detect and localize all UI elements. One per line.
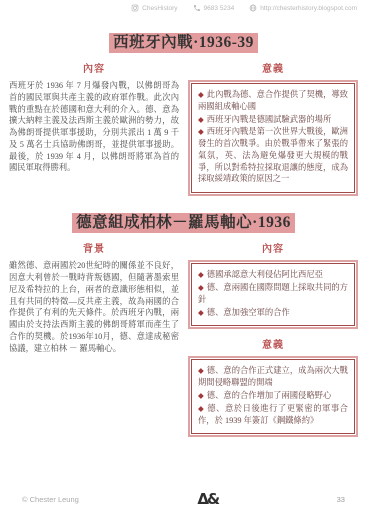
website-url: http://chesterhistory.blogspot.com xyxy=(260,5,357,12)
document-page: 西班牙內戰·1936-39 內容 西班牙於 1936 年 7 月爆發內戰，以佛朗… xyxy=(0,0,367,437)
bullet-text: 西班牙內戰是第一次世界大戰後，歐洲發生的首次戰爭。由於戰爭帶來了緊張的氣氛，英、… xyxy=(198,127,348,183)
page-footer: © Chester Leung Δ& 33 xyxy=(0,490,367,508)
background-heading: 背景 xyxy=(9,240,179,255)
content-column: 內容 西班牙於 1936 年 7 月爆發內戰，以佛朗哥為首的國民軍與共產主義的政… xyxy=(9,57,179,174)
bullet-text: 德、意兩國在國際問題上採取共同的方針 xyxy=(198,283,348,304)
brand-logo-icon: Δ& xyxy=(197,490,218,508)
background-column: 背景 雖然德、意兩國於20世紀時的關係並不良好，因意大利曾於一戰時背叛德國，但隨… xyxy=(9,237,179,354)
content-paragraph: 西班牙於 1936 年 7 月爆發內戰，以佛朗哥為首的國民軍與共產主義的政府軍作… xyxy=(9,80,179,174)
diamond-bullet-icon: ◆ xyxy=(198,127,204,136)
bullet-text: 德、意於日後進行了更緊密的軍事合作，於 1939 年簽訂《鋼鐵條約》 xyxy=(198,404,348,425)
bullet-text: 德國承認意大利侵佔阿比西尼亞 xyxy=(207,270,323,279)
meaning-bullet: ◆此內戰為德、意合作提供了契機，導致兩國組成軸心國 xyxy=(198,89,348,113)
content-box: ◆德國承認意大利侵佔阿比西尼亞 ◆德、意兩國在國際問題上採取共同的方針 ◆德、意… xyxy=(188,260,358,329)
meaning-heading: 意義 xyxy=(188,336,358,351)
meaning-bullet: ◆德、意於日後進行了更緊密的軍事合作，於 1939 年簽訂《鋼鐵條約》 xyxy=(198,403,348,427)
section-title-highlight: 德意組成柏林－羅馬軸心·1936 xyxy=(72,213,295,233)
content-bullet: ◆德、意加強空軍的合作 xyxy=(198,307,348,319)
diamond-bullet-icon: ◆ xyxy=(198,404,204,413)
copyright-text: © Chester Leung xyxy=(22,495,79,504)
content-heading: 內容 xyxy=(9,60,179,75)
content-bullet: ◆德國承認意大利侵佔阿比西尼亞 xyxy=(198,269,348,281)
diamond-bullet-icon: ◆ xyxy=(198,391,204,400)
meaning-box: ◆此內戰為德、意合作提供了契機，導致兩國組成軸心國 ◆西班牙內戰是德國試驗武器的… xyxy=(188,80,358,196)
diamond-bullet-icon: ◆ xyxy=(198,283,204,292)
bullet-text: 德、意的合作正式建立，成為兩次大戰期間侵略聯盟的開端 xyxy=(198,366,348,387)
page-number: 33 xyxy=(337,495,345,504)
bullet-text: 西班牙內戰是德國試驗武器的場所 xyxy=(207,115,331,124)
phone-contact: 9683 5234 xyxy=(193,4,235,12)
globe-icon xyxy=(249,4,257,12)
diamond-bullet-icon: ◆ xyxy=(198,90,204,99)
meaning-heading: 意義 xyxy=(188,60,358,75)
instagram-contact: ChesHistory xyxy=(131,4,177,12)
section-spanish-civil-war: 西班牙內戰·1936-39 內容 西班牙於 1936 年 7 月爆發內戰，以佛朗… xyxy=(9,30,358,196)
instagram-handle: ChesHistory xyxy=(142,5,177,12)
diamond-bullet-icon: ◆ xyxy=(198,115,204,124)
diamond-bullet-icon: ◆ xyxy=(198,366,204,375)
diamond-bullet-icon: ◆ xyxy=(198,270,204,279)
section-berlin-rome-axis: 德意組成柏林－羅馬軸心·1936 背景 雖然德、意兩國於20世紀時的關係並不良好… xyxy=(9,210,358,437)
section-title-highlight: 西班牙內戰·1936-39 xyxy=(109,33,258,53)
meaning-bullet: ◆德、意的合作正式建立，成為兩次大戰期間侵略聯盟的開端 xyxy=(198,365,348,389)
diamond-bullet-icon: ◆ xyxy=(198,308,204,317)
bullet-text: 德、意加強空軍的合作 xyxy=(207,308,290,317)
meaning-box: ◆德、意的合作正式建立，成為兩次大戰期間侵略聯盟的開端 ◆德、意的合作增加了兩國… xyxy=(188,356,358,437)
meaning-column: 意義 ◆此內戰為德、意合作提供了契機，導致兩國組成軸心國 ◆西班牙內戰是德國試驗… xyxy=(188,57,358,196)
phone-number: 9683 5234 xyxy=(204,5,235,12)
instagram-icon xyxy=(131,4,139,12)
website-contact: http://chesterhistory.blogspot.com xyxy=(249,4,357,12)
bullet-text: 德、意的合作增加了兩國侵略野心 xyxy=(207,391,331,400)
section-title: 西班牙內戰·1936-39 xyxy=(9,30,358,52)
section-title: 德意組成柏林－羅馬軸心·1936 xyxy=(9,210,358,232)
content-heading: 內容 xyxy=(188,240,358,255)
bullet-text: 此內戰為德、意合作提供了契機，導致兩國組成軸心國 xyxy=(198,90,348,111)
meaning-bullet: ◆西班牙內戰是德國試驗武器的場所 xyxy=(198,114,348,126)
phone-icon xyxy=(193,4,201,12)
content-bullet: ◆德、意兩國在國際問題上採取共同的方針 xyxy=(198,282,348,306)
contact-bar: ChesHistory 9683 5234 http://chesterhist… xyxy=(131,4,357,12)
meaning-bullet: ◆德、意的合作增加了兩國侵略野心 xyxy=(198,390,348,402)
background-paragraph: 雖然德、意兩國於20世紀時的關係並不良好，因意大利曾於一戰時背叛德國，但隨著墨索… xyxy=(9,260,179,354)
content-meaning-column: 內容 ◆德國承認意大利侵佔阿比西尼亞 ◆德、意兩國在國際問題上採取共同的方針 ◆… xyxy=(188,237,358,437)
meaning-bullet: ◆西班牙內戰是第一次世界大戰後，歐洲發生的首次戰爭。由於戰爭帶來了緊張的氣氛，英… xyxy=(198,126,348,185)
